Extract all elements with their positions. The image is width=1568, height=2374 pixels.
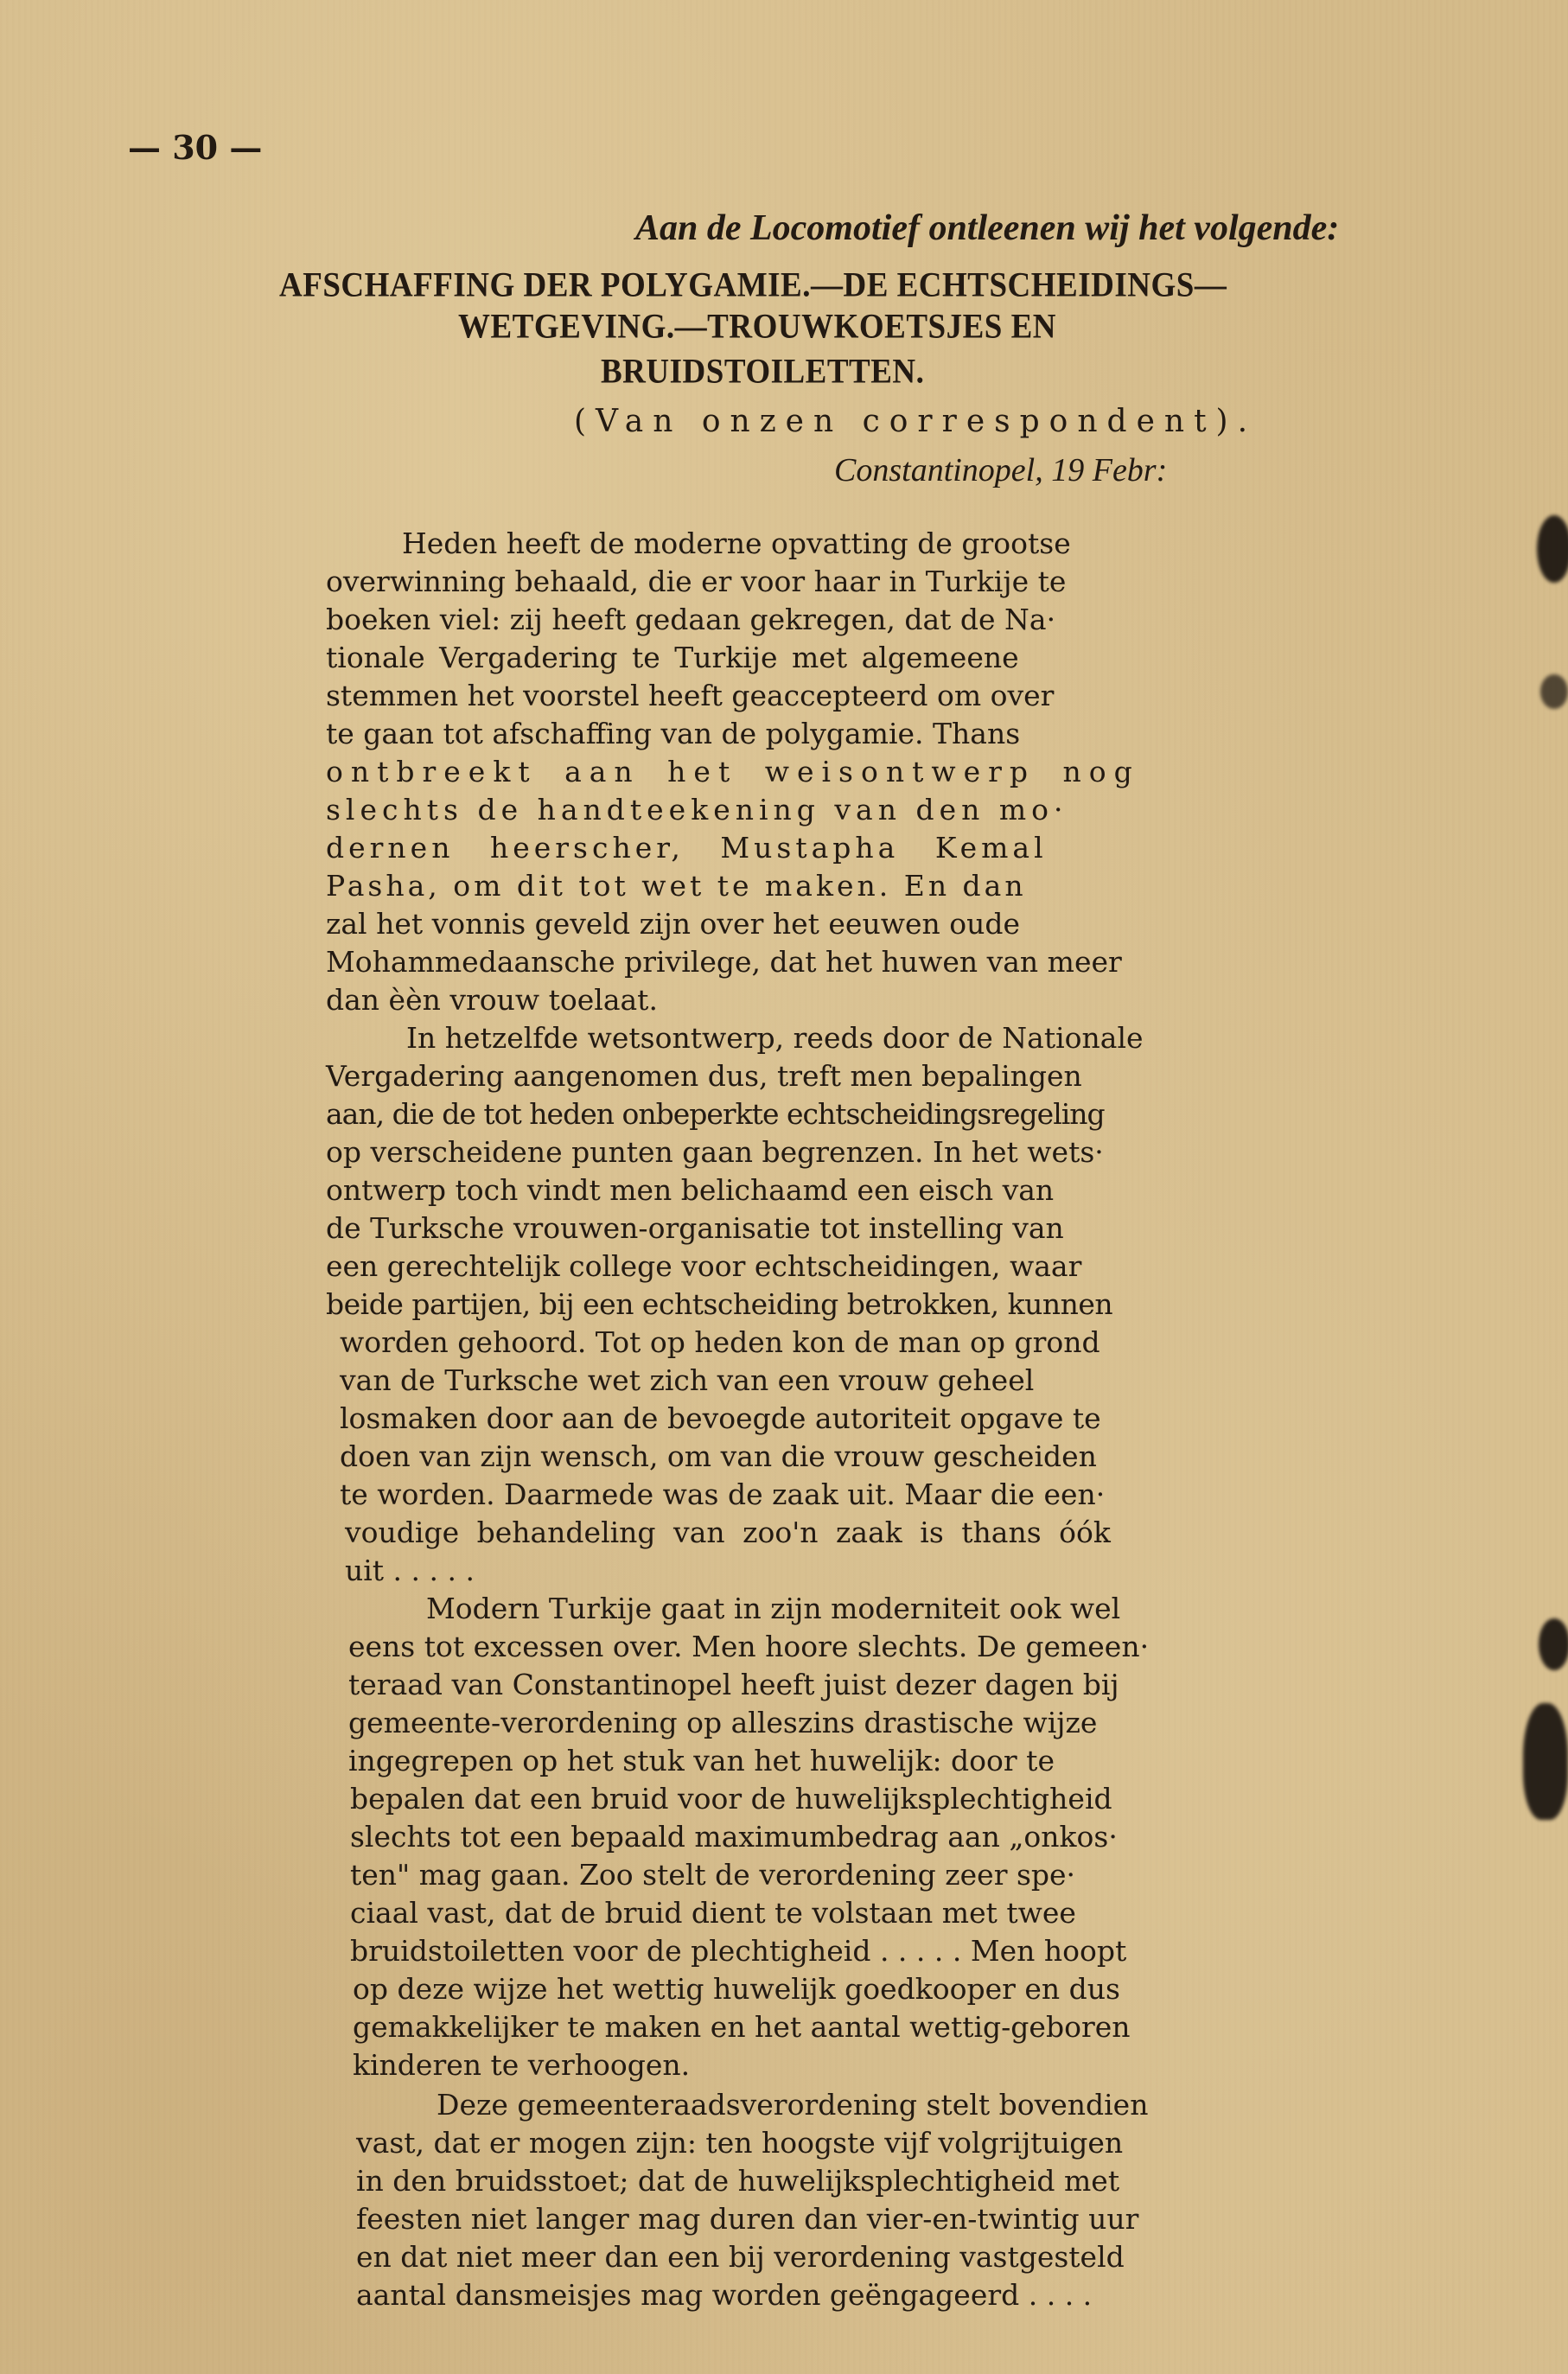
intro-line: Aan de Locomotief ontleenen wij het volg…	[635, 210, 1339, 246]
body-line: ingegrepen op het stuk van het huwelijk:…	[348, 1746, 1055, 1775]
binding-hole-mark	[1540, 674, 1568, 709]
body-line: Modern Turkije gaat in zijn moderniteit …	[426, 1594, 1120, 1623]
body-line: bruidstoiletten voor de plechtigheid . .…	[350, 1937, 1126, 1965]
body-line: op deze wijze het wettig huwelijk goedko…	[353, 1975, 1120, 2003]
page-number: — 30 —	[128, 131, 262, 164]
byline: (Van onzen correspondent).	[574, 406, 1257, 437]
binding-hole-mark	[1539, 1618, 1568, 1670]
body-line: slechts tot een bepaald maximumbedrag aa…	[350, 1822, 1118, 1851]
scanned-page: — 30 — Aan de Locomotief ontleenen wij h…	[0, 0, 1568, 2374]
body-line: Heden heeft de moderne opvatting de groo…	[402, 529, 1071, 558]
body-line: overwinning behaald, die er voor haar in…	[326, 567, 1066, 596]
body-line: in den bruidsstoet; dat de huwelijksplec…	[356, 2167, 1119, 2195]
body-line: ten" mag gaan. Zoo stelt de verordening …	[350, 1860, 1075, 1889]
body-line: beide partijen, bij een echtscheiding be…	[326, 1290, 1112, 1318]
body-line: doen van zijn wensch, om van die vrouw g…	[340, 1442, 1097, 1471]
body-line: feesten niet langer mag duren dan vier-e…	[356, 2205, 1138, 2233]
body-line: Vergadering aangenomen dus, treft men be…	[326, 1062, 1082, 1090]
body-line: uit . . . . .	[345, 1556, 475, 1585]
body-line: vast, dat er mogen zijn: ten hoogste vij…	[356, 2128, 1123, 2157]
body-line: te worden. Daarmede was de zaak uit. Maa…	[340, 1480, 1105, 1509]
body-line: en dat niet meer dan een bij verordening…	[356, 2243, 1125, 2271]
body-line: zal het vonnis geveld zijn over het eeuw…	[326, 909, 1020, 938]
body-line: voudige behandeling van zoo'n zaak is th…	[345, 1518, 1111, 1547]
body-line: ontwerp toch vindt men belichaamd een ei…	[326, 1176, 1054, 1204]
binding-hole-mark	[1537, 515, 1568, 583]
body-line: aantal dansmeisjes mag worden geëngageer…	[356, 2281, 1092, 2309]
body-line: tionale Vergadering te Turkije met algem…	[326, 643, 1019, 672]
body-line: dan èèn vrouw toelaat.	[326, 986, 658, 1014]
body-line: stemmen het voorstel heeft geaccepteerd …	[326, 681, 1054, 710]
body-line: aan, die de tot heden onbeperkte echtsch…	[326, 1100, 1105, 1128]
body-line: teraad van Constantinopel heeft juist de…	[348, 1670, 1119, 1699]
body-line: eens tot excessen over. Men hoore slecht…	[348, 1632, 1149, 1661]
body-line: de Turksche vrouwen-organisatie tot inst…	[326, 1214, 1064, 1242]
body-line: worden gehoord. Tot op heden kon de man …	[340, 1328, 1100, 1356]
body-line: ciaal vast, dat de bruid dient te volsta…	[350, 1899, 1076, 1927]
body-line: losmaken door aan de bevoegde autoriteit…	[340, 1404, 1101, 1433]
binding-hole-mark	[1523, 1703, 1568, 1820]
body-line: kinderen te verhoogen.	[353, 2051, 690, 2079]
body-line: In hetzelfde wetsontwerp, reeds door de …	[406, 1024, 1144, 1052]
body-line: een gerechtelijk college voor echtscheid…	[326, 1252, 1081, 1280]
body-line: op verscheidene punten gaan begrenzen. I…	[326, 1138, 1104, 1166]
body-line: van de Turksche wet zich van een vrouw g…	[340, 1366, 1034, 1394]
body-line: gemakkelijker te maken en het aantal wet…	[353, 2013, 1131, 2041]
body-line: te gaan tot afschaffing van de polygamie…	[326, 719, 1020, 748]
body-line: dernen heerscher, Mustapha Kemal	[326, 833, 1048, 862]
body-line: boeken viel: zij heeft gedaan gekregen, …	[326, 605, 1055, 634]
body-line: gemeente-verordening op alleszins drasti…	[348, 1708, 1097, 1737]
body-line: bepalen dat een bruid voor de huwelijksp…	[350, 1784, 1112, 1813]
dateline: Constantinopel, 19 Febr:	[834, 454, 1167, 487]
body-line: slechts de handteekening van den mo·	[326, 795, 1068, 824]
headline-line-3: BRUIDSTOILETTEN.	[601, 354, 924, 389]
body-line: Mohammedaansche privilege, dat het huwen…	[326, 948, 1122, 976]
headline-line-1: AFSCHAFFING DER POLYGAMIE.—DE ECHTSCHEID…	[279, 268, 1227, 303]
headline-line-2: WETGEVING.—TROUWKOETSJES EN	[458, 310, 1056, 344]
body-line: ontbreekt aan het weisontwerp nog	[326, 757, 1140, 786]
body-line: Pasha, om dit tot wet te maken. En dan	[326, 871, 1027, 900]
body-line: Deze gemeenteraadsverordening stelt bove…	[437, 2090, 1148, 2119]
